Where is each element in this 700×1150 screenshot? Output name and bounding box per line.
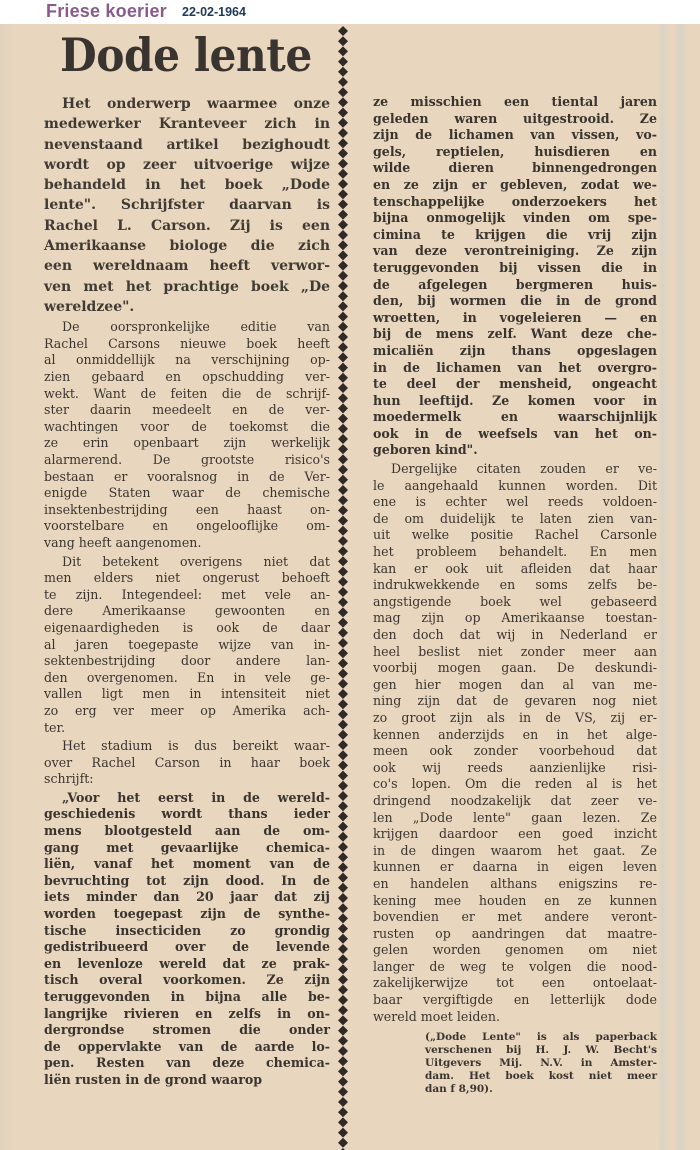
text-line: tische insecticiden zo grondig <box>44 923 330 940</box>
text-line: pen. Resten van deze chemica- <box>44 1055 330 1072</box>
text-line: ene is echter wel reeds voldoen- <box>373 494 657 511</box>
text-line: Het stadium is dus bereikt waar- <box>44 738 330 755</box>
article-paragraph: Dit betekent overigens niet datmen elder… <box>44 554 330 737</box>
intro-paragraph: Het onderwerp waarmee onzemedewerker Kra… <box>44 94 330 317</box>
publication-date: 22-02-1964 <box>182 5 246 19</box>
text-line: ook in de weefsels van het on- <box>373 426 657 443</box>
text-line: heel beslist niet zonder meer aan <box>373 644 657 661</box>
text-line: nevenstaand artikel bezighoudt <box>44 135 330 155</box>
text-line: den, bij wormen die in de grond <box>373 293 657 310</box>
text-line: al jaren toegepaste wijze van in- <box>44 637 330 654</box>
text-line: gelen worden genomen om niet <box>373 942 657 959</box>
text-line: gedistribueerd over de levende <box>44 939 330 956</box>
text-line: vang heeft aangenomen. <box>44 535 330 552</box>
text-line: mens blootgesteld aan de om- <box>44 823 330 840</box>
text-line: gels, reptielen, huisdieren en <box>373 144 657 161</box>
article-paragraph: Dergelijke citaten zouden er ve-le aange… <box>373 461 657 1025</box>
text-line: enigde Staten waar de chemische <box>44 485 330 502</box>
text-line: bevruchting tot zijn dood. In de <box>44 873 330 890</box>
text-line: van deze verontreiniging. Ze zijn <box>373 243 657 260</box>
text-line: liën rusten in de grond waarop <box>44 1072 330 1089</box>
article-paragraph: „Voor het eerst in de wereld-geschiedeni… <box>44 790 330 1089</box>
text-line: le aangehaald kunnen worden. Dit <box>373 478 657 495</box>
right-body: ze misschien een tiental jarengeleden wa… <box>373 94 657 1025</box>
text-line: schrijft: <box>44 771 330 788</box>
text-line: sektenbestrijding door andere lan- <box>44 653 330 670</box>
text-line: geschiedenis wordt thans ieder <box>44 806 330 823</box>
text-line: bestaan er vooralsnog in de Ver- <box>44 469 330 486</box>
text-line: zijn de lichamen van vissen, vo- <box>373 127 657 144</box>
text-line: baar vergiftigde en letterlijk dode <box>373 992 657 1009</box>
text-line: het probleem behandelt. En men <box>373 544 657 561</box>
text-line: micaliën zijn thans opgeslagen <box>373 343 657 360</box>
text-line: indrukwekkende en soms zelfs be- <box>373 577 657 594</box>
text-line: al onmiddellijk na verschijning op- <box>44 352 330 369</box>
text-line: Het onderwerp waarmee onze <box>44 94 330 114</box>
text-line: zakelijkerwijze tot een ontoelaat- <box>373 975 657 992</box>
text-line: wordt op zeer uitvoerige wijze <box>44 155 330 175</box>
text-line: meen ook zonder voorbehoud dat <box>373 743 657 760</box>
text-line: wroetten, in vogeleieren — en <box>373 310 657 327</box>
text-line: kening mee houden en ze kunnen <box>373 893 657 910</box>
text-line: angstigende boek wel gebaseerd <box>373 594 657 611</box>
text-line: gang met gevaarlijke chemica- <box>44 840 330 857</box>
text-line: de afgelegen bergmeren huis- <box>373 277 657 294</box>
text-line: geboren kind". <box>373 442 657 459</box>
text-line: en ze zijn er gebleven, zodat we- <box>373 177 657 194</box>
text-line: worden toegepast zijn de synthe- <box>44 906 330 923</box>
text-line: een wereldnaam heeft verwor- <box>44 256 330 276</box>
text-line: ning zijn dat de gevaren nog niet <box>373 693 657 710</box>
text-line: eigenaardigheden is ook de daar <box>44 620 330 637</box>
text-line: rusten op aandringen dat maatre- <box>373 926 657 943</box>
text-line: langer de weg te volgen die nood- <box>373 959 657 976</box>
text-line: liën, vanaf het moment van de <box>44 856 330 873</box>
text-line: ter. <box>44 720 330 737</box>
text-line: geleden waren uitgestrooid. Ze <box>373 111 657 128</box>
article-paragraph: De oorspronkelijke editie vanRachel Cars… <box>44 319 330 551</box>
text-line: de oppervlakte van de aarde lo- <box>44 1039 330 1056</box>
text-line: verschenen bij H. J. W. Becht's <box>425 1044 657 1057</box>
text-line: zien gebaard en opschudding ver- <box>44 369 330 386</box>
text-line: voorbij mogen gaan. De deskundi- <box>373 660 657 677</box>
text-line: gen hier mogen dan al van me- <box>373 677 657 694</box>
text-line: De oorspronkelijke editie van <box>44 319 330 336</box>
text-line: wekt. Want de feiten die de schrijf- <box>44 386 330 403</box>
text-line: ze erin openbaart zijn werkelijk <box>44 435 330 452</box>
text-line: uit welke positie Rachel Carsonle <box>373 527 657 544</box>
newspaper-name: Friese koerier <box>46 1 167 22</box>
text-line: bij de mens zelf. Want deze che- <box>373 326 657 343</box>
left-body: De oorspronkelijke editie vanRachel Cars… <box>44 319 330 1088</box>
text-line: in de dingen waarom het gaat. Ze <box>373 843 657 860</box>
text-line: tenschappelijke onderzoekers het <box>373 194 657 211</box>
text-line: Uitgevers Mij. N.V. in Amster- <box>425 1057 657 1070</box>
text-line: dam. Het boek kost niet meer <box>425 1070 657 1083</box>
text-line: teruggevonden bij vissen die in <box>373 260 657 277</box>
article-paragraph: Het stadium is dus bereikt waar-over Rac… <box>44 738 330 788</box>
text-line: wereldzee". <box>44 297 330 317</box>
text-line: dan f 8,90). <box>425 1083 657 1096</box>
left-column: Het onderwerp waarmee onzemedewerker Kra… <box>44 94 330 1089</box>
right-column: ze misschien een tiental jarengeleden wa… <box>373 94 657 1096</box>
text-line: zo groot zijn als in de VS, zij er- <box>373 710 657 727</box>
text-line: moedermelk en waarschijnlijk <box>373 409 657 426</box>
text-line: de om duidelijk te laten zien van- <box>373 511 657 528</box>
text-line: ster daarin meedeelt en de ver- <box>44 402 330 419</box>
text-line: behandeld in het boek „Dode <box>44 175 330 195</box>
text-line: dringend noodzakelijk dat zeer ve- <box>373 793 657 810</box>
text-line: krijgen daardoor een goed inzicht <box>373 826 657 843</box>
text-line: medewerker Kranteveer zich in <box>44 114 330 134</box>
text-line: vallen ligt men in intensiteit niet <box>44 686 330 703</box>
text-line: Dergelijke citaten zouden er ve- <box>373 461 657 478</box>
text-line: insektenbestrijding een haast on- <box>44 502 330 519</box>
text-line: dere Amerikaanse gewoonten en <box>44 603 330 620</box>
text-line: „Voor het eerst in de wereld- <box>44 790 330 807</box>
text-line: cimina te krijgen die vrij zijn <box>373 227 657 244</box>
text-line: Amerikaanse biologe die zich <box>44 236 330 256</box>
text-line: ven met het prachtige boek „De <box>44 277 330 297</box>
text-line: dergrondse stromen die onder <box>44 1022 330 1039</box>
text-line: zo erg ver meer op Amerika ach- <box>44 703 330 720</box>
text-line: Rachel Carsons nieuwe boek heeft <box>44 336 330 353</box>
text-line: in de lichamen van het overgro- <box>373 360 657 377</box>
text-line: wilde dieren binnengedrongen <box>373 160 657 177</box>
text-line: den overgenomen. En in vele ge- <box>44 670 330 687</box>
text-line: („Dode Lente" is als paperback <box>425 1031 657 1044</box>
text-line: wachtingen voor de toekomst die <box>44 419 330 436</box>
text-line: len „Dode lente" gaan lezen. Ze <box>373 810 657 827</box>
text-line: iets minder dan 20 jaar dat zij <box>44 889 330 906</box>
text-line: en handelen althans enigszins re- <box>373 876 657 893</box>
text-line: lente". Schrijfster daarvan is <box>44 195 330 215</box>
text-line: over Rachel Carson in haar boek <box>44 755 330 772</box>
text-line: men elders niet ongerust behoeft <box>44 570 330 587</box>
masthead: Friese koerier 22-02-1964 <box>0 0 700 24</box>
article-paragraph: ze misschien een tiental jarengeleden wa… <box>373 94 657 459</box>
text-line: alarmerend. De grootste risico's <box>44 452 330 469</box>
text-line: en levenloze wereld dat ze prak- <box>44 956 330 973</box>
text-line: tisch overal voorkomen. Ze zijn <box>44 972 330 989</box>
text-line: ook wij reeds aanzienlijke risi- <box>373 760 657 777</box>
text-line: bovendien er met andere veront- <box>373 909 657 926</box>
text-line: kennen anderzijds en in het alge- <box>373 727 657 744</box>
text-line: mag zijn op Amerikaanse toestan- <box>373 610 657 627</box>
publication-footnote: („Dode Lente" is als paperbackverschenen… <box>425 1031 657 1096</box>
diamond-column-divider <box>336 24 350 1150</box>
text-line: bijna onmogelijk vinden om spe- <box>373 210 657 227</box>
text-line: kan er ook uit afleiden dat haar <box>373 561 657 578</box>
text-line: voorstelbare en ongelooflijke om- <box>44 518 330 535</box>
text-line: langrijke rivieren en zelfs in on- <box>44 1006 330 1023</box>
text-line: ze misschien een tiental jaren <box>373 94 657 111</box>
text-line: teruggevonden in bijna alle be- <box>44 989 330 1006</box>
article-headline: Dode lente <box>60 28 312 82</box>
text-line: kunnen er daarna in eigen leven <box>373 859 657 876</box>
text-line: co's lopen. Om die reden al is het <box>373 776 657 793</box>
text-line: Dit betekent overigens niet dat <box>44 554 330 571</box>
text-line: wereld moet leiden. <box>373 1009 657 1026</box>
text-line: Rachel L. Carson. Zij is een <box>44 216 330 236</box>
text-line: den doch dat wij in Nederland er <box>373 627 657 644</box>
text-line: te deel der mensheid, ongeacht <box>373 376 657 393</box>
text-line: te zijn. Integendeel: met vele an- <box>44 587 330 604</box>
text-line: hun leeftijd. Ze komen voor in <box>373 393 657 410</box>
